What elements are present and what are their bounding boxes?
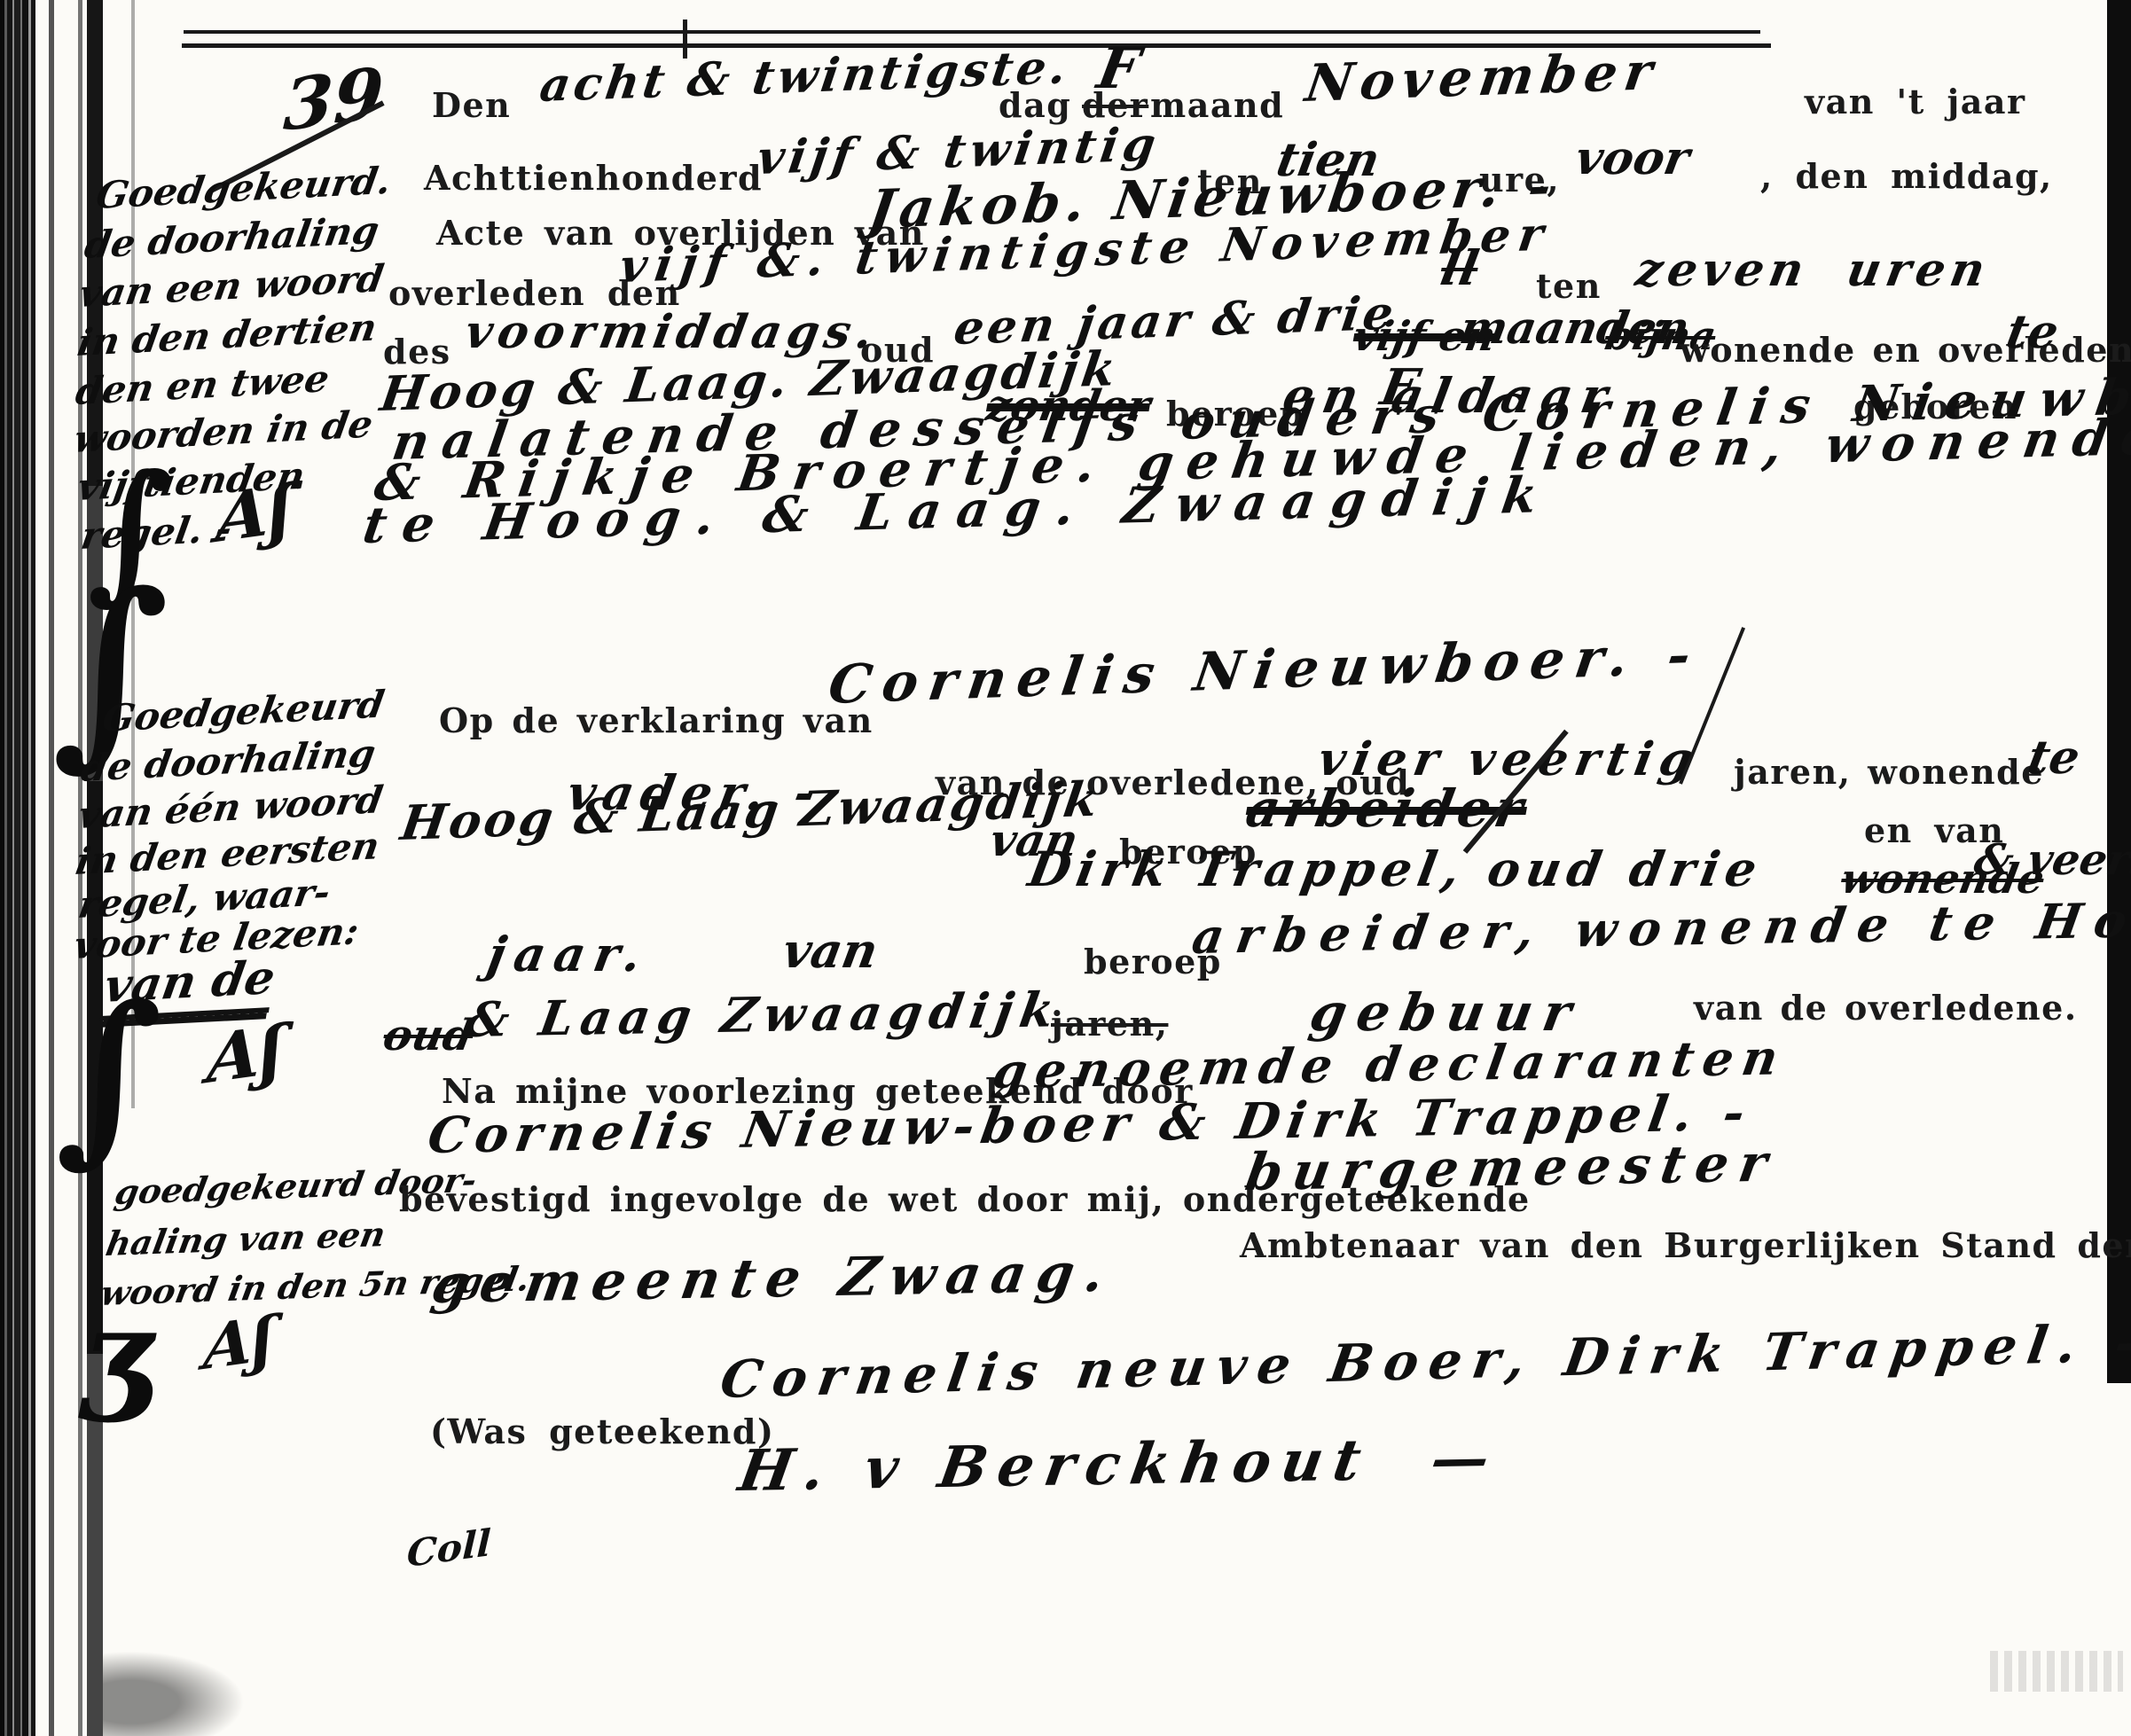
scanned-death-certificate: 39 Den acht & twintigste. dag der F maan… xyxy=(0,0,2131,1736)
binding-edge-stripes xyxy=(0,0,35,1736)
top-rule-tick xyxy=(683,20,687,59)
hw-month: November xyxy=(1302,41,1663,113)
printed-van-de-overledene-2: van de overledene. xyxy=(1694,988,2078,1028)
hw-jaar: jaar. xyxy=(483,926,654,982)
top-rule-upper xyxy=(184,30,1760,34)
margin-note1-initials: Aʃ xyxy=(215,469,294,558)
printed-jaren-wonende: jaren, wonende xyxy=(1734,752,2044,792)
act-number: 39 xyxy=(282,51,385,147)
hw-declarant2-name-age: Dirk Trappel, oud drie xyxy=(1024,841,1767,897)
hw-day-of-month: acht & twintigste. xyxy=(537,40,1073,113)
paraph-flourish-3: ʒ xyxy=(82,1305,153,1404)
hw-declarant2-occupation: arbeider, wonende te Hoog xyxy=(1188,890,2131,965)
printed-den: Den xyxy=(432,85,511,125)
printed-op-de-verklaring: Op de verklaring van xyxy=(439,700,874,740)
hw-struck-occupation: arbeider xyxy=(1242,778,1532,839)
paraph-flourish-2: ∫ xyxy=(55,1000,163,1149)
margin-note1-line: de doorhaling xyxy=(82,208,382,267)
margin-note2-initials: Aʃ xyxy=(206,1010,285,1099)
hw-declarant2-residence: & Laag Zwaagdijk xyxy=(461,981,1065,1048)
printed-achttienhonderd: Achttienhonderd xyxy=(424,158,763,198)
printed-struck-jaren: jaren, xyxy=(1051,1004,1168,1044)
hw-declarant1-name: Cornelis Nieuwboer. - xyxy=(825,624,1705,716)
hw-death-hour: zeven xyxy=(1632,243,1813,297)
hw-te-2: te xyxy=(2024,731,2084,785)
hw-te: te xyxy=(2002,305,2063,359)
margin-note1-line: den en twee xyxy=(73,356,333,413)
hw-en-veertig: & veertig, xyxy=(1970,835,2131,885)
bottom-left-smudge xyxy=(103,1651,245,1736)
margin-note1-line: Goedgekeurd. xyxy=(93,159,395,217)
printed-dag: dag xyxy=(999,85,1071,125)
margin-note3-initials: Aʃ xyxy=(202,1302,275,1384)
printed-van-t-jaar: van 't jaar xyxy=(1805,82,2026,121)
hw-coll-mark: Coll xyxy=(406,1521,491,1576)
binding-edge-line-a xyxy=(49,0,54,1736)
printed-wonende-en-overleden: wonende en overleden xyxy=(1680,330,2131,370)
hw-gemeente: gemeente Zwaag. xyxy=(427,1242,1119,1316)
printed-ambtenaar: Ambtenaar van den Burgerlijken Stand der xyxy=(1240,1225,2131,1265)
printed-was-geteekend: (Was geteekend) xyxy=(430,1411,774,1451)
printed-ten-2: ten xyxy=(1536,266,1602,306)
printed-maand: maand xyxy=(1150,85,1284,125)
hw-official-title: burgemeester xyxy=(1242,1133,1782,1202)
bottom-right-faint-stamp xyxy=(1990,1651,2123,1692)
hw-voor: voor xyxy=(1571,131,1694,185)
hw-van-2: van xyxy=(779,922,882,979)
hw-uren: uren xyxy=(1843,243,1994,297)
margin-note3-line: haling van een xyxy=(103,1214,388,1263)
hw-signatures: Cornelis neuve Boer, Dirk Trappel. - xyxy=(717,1312,2131,1410)
hw-registrar-signature: H. v Berckhout — xyxy=(734,1425,1505,1505)
printed-den-middag: , den middag, xyxy=(1760,156,2053,196)
margin-note1-line: in den dertien xyxy=(74,306,380,364)
right-scan-bar xyxy=(2107,0,2131,1383)
